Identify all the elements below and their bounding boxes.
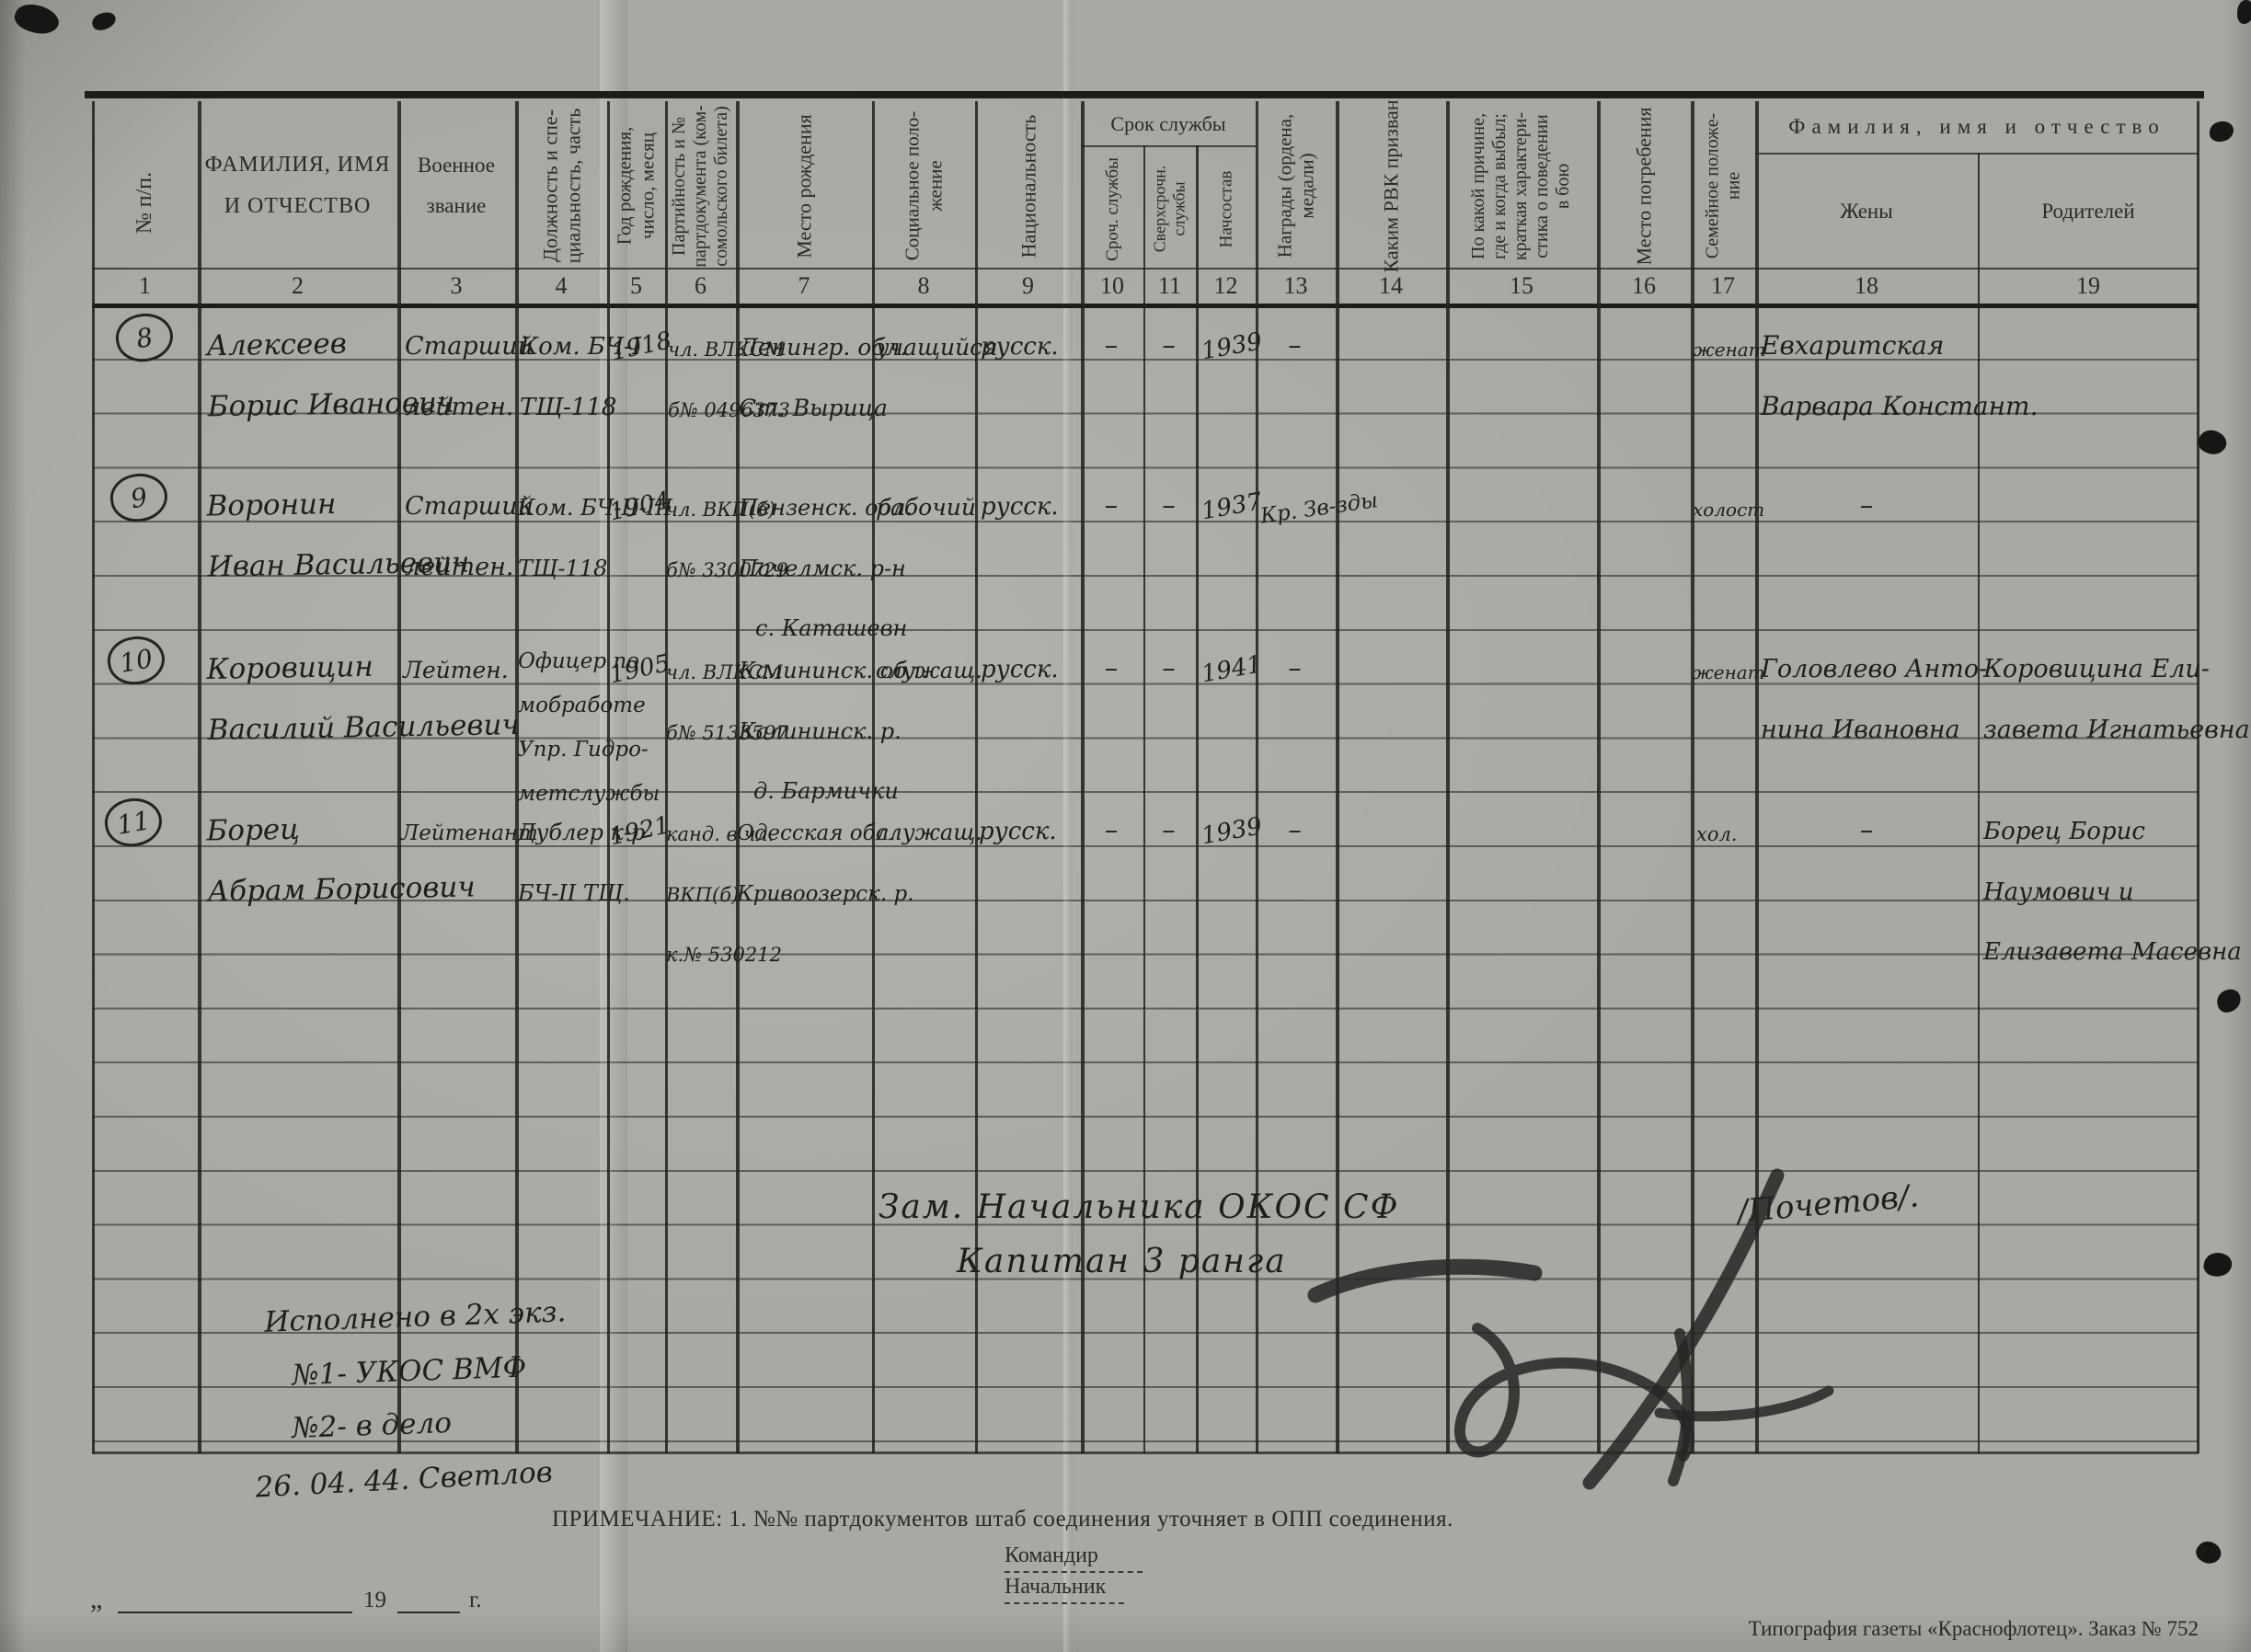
entry-11-social-value: служащ. xyxy=(876,791,982,852)
entry-10-srochn-value: – xyxy=(1081,629,1142,690)
punch-hole-4 xyxy=(2202,1250,2234,1279)
punch-hole-5 xyxy=(2192,1536,2224,1568)
header-col-15-line: По какой причине, xyxy=(1468,111,1489,259)
entry-10-nachsostav: 1941 xyxy=(1195,625,1266,694)
header-col-13-line: Награды (ордена, xyxy=(1274,114,1296,258)
entry-11-nationality: русск. xyxy=(979,791,1057,852)
entry-11-birth-place-line: Кривоозерск. р. xyxy=(737,852,914,912)
entry-8-birth-place-line: Ст. Вырица xyxy=(739,367,907,428)
col-number-1: 1 xyxy=(92,270,198,303)
header-col-2: ФАМИЛИЯ, ИМЯ И ОТЧЕСТВО xyxy=(198,103,397,269)
col-number-14: 14 xyxy=(1336,270,1446,303)
header-col-9: Национальность xyxy=(975,103,1081,269)
entry-8-family-value: женат xyxy=(1694,306,1766,367)
header-group-service-term: Срок службы xyxy=(1081,103,1256,145)
entry-10-parents-line: Коровицина Ели- xyxy=(1983,629,2250,690)
entry-11-sverhsrochn: – xyxy=(1143,791,1194,852)
entry-9-family: холост xyxy=(1693,466,1764,527)
service-term-label: Срок службы xyxy=(1110,112,1225,136)
header-col-5-line: число, месяц xyxy=(637,127,660,246)
header-col-10: Сроч. службы xyxy=(1081,151,1143,267)
column-line-5-6 xyxy=(665,101,668,1453)
header-col-16-label: Место погребения xyxy=(1633,107,1656,265)
col-number-16: 16 xyxy=(1597,270,1691,303)
punch-hole-1 xyxy=(2210,121,2234,142)
closing-rank-text: Капитан 3 ранга xyxy=(957,1226,1287,1287)
header-col-3: Военное звание xyxy=(397,103,515,269)
punch-hole-3 xyxy=(2214,987,2243,1015)
commander-underline xyxy=(1005,1571,1143,1573)
header-col-6-line: Партийность и № xyxy=(669,105,690,268)
entry-8-awards-value: – xyxy=(1256,306,1334,367)
header-col-15-line: стика о поведении xyxy=(1532,111,1553,259)
header-col-1: № п/п. xyxy=(92,138,198,267)
entry-11-sverhsrochn-value: – xyxy=(1143,791,1194,852)
entry-10-rank-line: Лейтен. xyxy=(403,629,509,690)
entry-11-nachsostav-value: 1939 xyxy=(1195,786,1266,856)
header-col-15: По какой причине, где и когда выбыл; кра… xyxy=(1446,103,1597,269)
entry-8-nationality-value: русск. xyxy=(981,306,1059,367)
entry-11-awards-value: – xyxy=(1256,791,1334,852)
col-number-12: 12 xyxy=(1196,270,1256,303)
col-number-15: 15 xyxy=(1446,270,1597,303)
entry-9-birth-year: 1904 xyxy=(602,461,673,533)
commander-label: Командир xyxy=(1005,1543,1098,1568)
entry-8-duty-line: ТЩ-118 xyxy=(520,367,641,428)
fio-group-label: Фамилия, имя и отчество xyxy=(1788,115,2165,139)
entry-9-wife: – xyxy=(1761,466,1972,527)
entry-9-srochn-value: – xyxy=(1081,466,1142,527)
entry-10-nationality-value: русск. xyxy=(981,629,1059,690)
entry-10-sverhsrochn-value: – xyxy=(1143,629,1194,690)
entry-8-rank-line: Старший xyxy=(405,306,534,367)
entry-11-birth-year-value: 1921 xyxy=(602,786,673,857)
header-col-6: Партийность и № партдокумента (ком- сомо… xyxy=(665,103,736,269)
entry-10-family-value: женат xyxy=(1693,629,1765,690)
entry-10-family: женат xyxy=(1693,629,1765,690)
col-number-7: 7 xyxy=(736,270,872,303)
header-col-5: Год рождения, число, месяц xyxy=(607,103,665,269)
entry-10-wife-line: Головлево Анто- xyxy=(1761,629,1987,690)
entry-11-social: служащ. xyxy=(876,791,982,852)
entry-8-sverhsrochn: – xyxy=(1143,306,1194,367)
header-col-15-line: в бою xyxy=(1553,111,1574,259)
entry-9-rank-line: лейтен. xyxy=(405,527,534,588)
header-col-6-line: сомольского билета) xyxy=(711,105,732,268)
entry-8-rank-line: лейтен. xyxy=(405,367,534,428)
entry-9-social: рабочий xyxy=(876,466,976,527)
header-col-7: Место рождения xyxy=(736,103,872,269)
fio-group-underline xyxy=(1755,153,2199,155)
header-col-8-line: жение xyxy=(924,111,947,261)
entry-9-rank: Старший лейтен. xyxy=(405,466,534,588)
col-number-8: 8 xyxy=(872,270,975,303)
ink-smudge-top-left-2 xyxy=(90,10,117,31)
entry-11-nachsostav: 1939 xyxy=(1195,786,1266,856)
entry-9-sverhsrochn: – xyxy=(1143,466,1194,527)
entry-9-social-value: рабочий xyxy=(876,466,976,527)
entry-10-nationality: русск. xyxy=(981,629,1059,690)
entry-10-wife-line: нина Ивановна xyxy=(1761,690,1987,751)
entry-10-srochn: – xyxy=(1081,629,1142,690)
entry-10-birth-place-line: Калининск. р. xyxy=(739,690,928,751)
entry-10-social: служащ. xyxy=(876,629,982,690)
date-year-prefix: 19 xyxy=(363,1588,386,1613)
header-col-11-line: службы xyxy=(1170,166,1189,253)
header-col-14: Каким РВК призван xyxy=(1336,103,1446,269)
entry-10-duty-line: Упр. Гидро- xyxy=(518,721,660,765)
header-col-7-label: Место рождения xyxy=(793,114,816,258)
column-line-left xyxy=(92,101,95,1453)
header-col-11: Сверхсрочн. службы xyxy=(1143,151,1196,267)
header-col-17-line: Семейное положе- xyxy=(1702,113,1723,259)
date-year-line xyxy=(397,1612,460,1613)
entry-8-nachsostav-value: 1939 xyxy=(1195,302,1266,372)
entry-11-given-names: Абрам Борисович xyxy=(207,849,476,914)
entry-8-social-value: учащийся xyxy=(876,306,998,367)
entry-9-wife-line: – xyxy=(1761,466,1972,527)
entry-9-nationality-value: русск. xyxy=(981,466,1059,527)
entry-9-birth-year-value: 1904 xyxy=(602,461,673,533)
col-number-10: 10 xyxy=(1081,270,1143,303)
entry-9-rank-line: Старший xyxy=(405,466,534,527)
entry-8-social: учащийся xyxy=(876,306,998,367)
col-number-9: 9 xyxy=(975,270,1081,303)
header-col-15-line: где и когда выбыл; xyxy=(1489,111,1510,259)
entry-11-party-line: к.№ 530212 xyxy=(666,912,782,973)
entry-11-awards: – xyxy=(1256,791,1334,852)
entry-11-srochn-value: – xyxy=(1081,791,1142,852)
date-blank-line xyxy=(118,1612,352,1613)
corner-mark-top-right xyxy=(2237,0,2251,24)
header-col-8: Социальное поло- жение xyxy=(872,103,975,269)
entry-9-family-value: холост xyxy=(1693,466,1764,527)
entry-10-nachsostav-value: 1941 xyxy=(1195,625,1266,694)
header-col-3-line: Военное xyxy=(418,154,495,178)
header-col-9-label: Национальность xyxy=(1016,114,1039,258)
entry-11-wife: – xyxy=(1761,791,1972,852)
scanned-document-page: № п/п. ФАМИЛИЯ, ИМЯ И ОТЧЕСТВО Военное з… xyxy=(0,0,2251,1652)
entry-8-sverhsrochn-value: – xyxy=(1143,306,1194,367)
header-col-13: Награды (ордена, медали) xyxy=(1256,103,1336,269)
col-number-2: 2 xyxy=(198,270,397,303)
column-line-1-2 xyxy=(198,101,201,1453)
entry-9-sverhsrochn-value: – xyxy=(1143,466,1194,527)
header-col-11-line: Сверхсрочн. xyxy=(1151,166,1170,253)
header-col-4-line: циальность, часть xyxy=(561,109,584,264)
entry-10-given-names: Василий Васильевич xyxy=(207,687,520,753)
col-number-13: 13 xyxy=(1256,270,1336,303)
entry-8-wife-line: Варвара Констант. xyxy=(1761,367,2039,428)
entry-10-sverhsrochn: – xyxy=(1143,629,1194,690)
entry-8-nachsostav: 1939 xyxy=(1195,302,1266,372)
service-term-underline xyxy=(1081,145,1256,147)
entry-8-wife: Евхаритская Варвара Констант. xyxy=(1761,306,2039,428)
entry-10-parents: Коровицина Ели- завета Игнатьевна xyxy=(1983,629,2250,751)
pencil-signature-stroke xyxy=(1288,1150,1858,1499)
entry-10-birth-year: 1905 xyxy=(602,624,673,695)
punch-hole-2 xyxy=(2195,425,2231,460)
col-number-3: 3 xyxy=(397,270,515,303)
col-number-17: 17 xyxy=(1691,270,1755,303)
entry-8-family: женат xyxy=(1694,306,1766,367)
entry-11-family-value: хол. xyxy=(1696,791,1738,852)
header-col-18-label: Жены xyxy=(1840,200,1892,224)
header-col-2-line: ФАМИЛИЯ, ИМЯ xyxy=(205,153,391,178)
header-col-6-line: партдокумента (ком- xyxy=(690,105,711,268)
entry-10-wife: Головлево Анто- нина Ивановна xyxy=(1761,629,1987,751)
entry-8-awards: – xyxy=(1256,306,1334,367)
entry-10-awards-value: – xyxy=(1256,629,1334,690)
col-number-11: 11 xyxy=(1143,270,1196,303)
header-col-15-line: краткая характери- xyxy=(1510,111,1532,259)
header-col-2-line: И ОТЧЕСТВО xyxy=(224,194,372,219)
header-col-10-label: Сроч. службы xyxy=(1101,157,1124,261)
header-col-17: Семейное положе- ние xyxy=(1691,103,1755,269)
header-col-13-line: медали) xyxy=(1296,114,1318,258)
entry-8-srochn: – xyxy=(1081,306,1142,367)
header-col-14-label: Каким РВК призван xyxy=(1380,99,1403,272)
print-shop-note: Типография газеты «Краснофлотец». Заказ … xyxy=(1361,1617,2199,1641)
col-number-19: 19 xyxy=(1978,270,2199,303)
col-number-4: 4 xyxy=(515,270,607,303)
entry-10-rank: Лейтен. xyxy=(403,629,509,690)
header-col-12-label: Начсостав xyxy=(1214,170,1237,247)
col-number-6: 6 xyxy=(665,270,736,303)
entry-11-birth-year: 1921 xyxy=(602,786,673,857)
chief-underline xyxy=(1005,1602,1124,1604)
header-col-19: Родителей xyxy=(1978,184,2199,239)
header-col-4-line: Должность и спе- xyxy=(538,109,561,264)
entry-10-awards: – xyxy=(1256,629,1334,690)
header-col-16: Место погребения xyxy=(1597,103,1691,269)
header-group-fio: Фамилия, имя и отчество xyxy=(1755,103,2199,151)
entry-10-birth-year-value: 1905 xyxy=(602,624,673,695)
entry-9-birth-place-line: Пачелмск. р-н xyxy=(739,527,913,588)
entry-8-wife-line: Евхаритская xyxy=(1761,306,2039,367)
header-col-8-line: Социальное поло- xyxy=(901,111,924,261)
column-line-right xyxy=(2197,101,2199,1453)
entry-11-wife-line: – xyxy=(1761,791,1972,852)
entry-8-srochn-value: – xyxy=(1081,306,1142,367)
remark-line: ПРИМЕЧАНИЕ: 1. №№ партдокументов штаб со… xyxy=(552,1507,1453,1532)
header-col-17-line: ние xyxy=(1723,113,1744,259)
entry-10-parents-line: завета Игнатьевна xyxy=(1983,690,2250,751)
entry-8-birth-year: 1918 xyxy=(603,301,675,373)
entry-11-nationality-value: русск. xyxy=(979,791,1057,852)
entry-10-social-value: служащ. xyxy=(876,629,982,690)
entry-9-nationality: русск. xyxy=(981,466,1059,527)
entry-11-parents-line: Елизавета Масевна xyxy=(1983,912,2242,973)
header-col-3-line: звание xyxy=(427,194,487,218)
entry-8-nationality: русск. xyxy=(981,306,1059,367)
ink-smudge-top-left xyxy=(11,0,62,40)
entry-11-parents-line: Борец Борис xyxy=(1983,791,2242,852)
entry-11-family: хол. xyxy=(1696,791,1738,852)
header-col-4: Должность и спе- циальность, часть xyxy=(515,103,607,269)
entry-9-nachsostav-value: 1937 xyxy=(1195,462,1266,532)
col-number-18: 18 xyxy=(1755,270,1978,303)
date-year-suffix: г. xyxy=(469,1588,482,1613)
entry-11-srochn: – xyxy=(1081,791,1142,852)
entry-11-parents: Борец Борис Наумович и Елизавета Масевна xyxy=(1983,791,2242,972)
entry-11-parents-line: Наумович и xyxy=(1983,852,2242,912)
closing-position-line-2: Капитан 3 ранга xyxy=(957,1226,1287,1287)
chief-label: Начальник xyxy=(1005,1575,1106,1600)
entry-9-nachsostav: 1937 xyxy=(1195,462,1266,532)
header-col-18: Жены xyxy=(1755,184,1978,239)
entry-9-duty-line: ТЩ-118 xyxy=(518,527,672,588)
date-quote-mark: „ xyxy=(90,1584,102,1615)
entry-8-birth-year-value: 1918 xyxy=(603,301,675,373)
header-col-1-label: № п/п. xyxy=(133,171,156,233)
entry-8-rank: Старший лейтен. xyxy=(405,306,534,428)
header-col-5-line: Год рождения, xyxy=(614,127,637,246)
header-col-19-label: Родителей xyxy=(2041,200,2134,224)
entry-9-srochn: – xyxy=(1081,466,1142,527)
header-col-12: Начсостав xyxy=(1196,151,1256,267)
column-line-2-3 xyxy=(397,101,401,1453)
entry-11-duty-line: БЧ-II ТЩ. xyxy=(518,852,645,912)
col-number-5: 5 xyxy=(607,270,665,303)
table-top-border xyxy=(85,91,2204,98)
